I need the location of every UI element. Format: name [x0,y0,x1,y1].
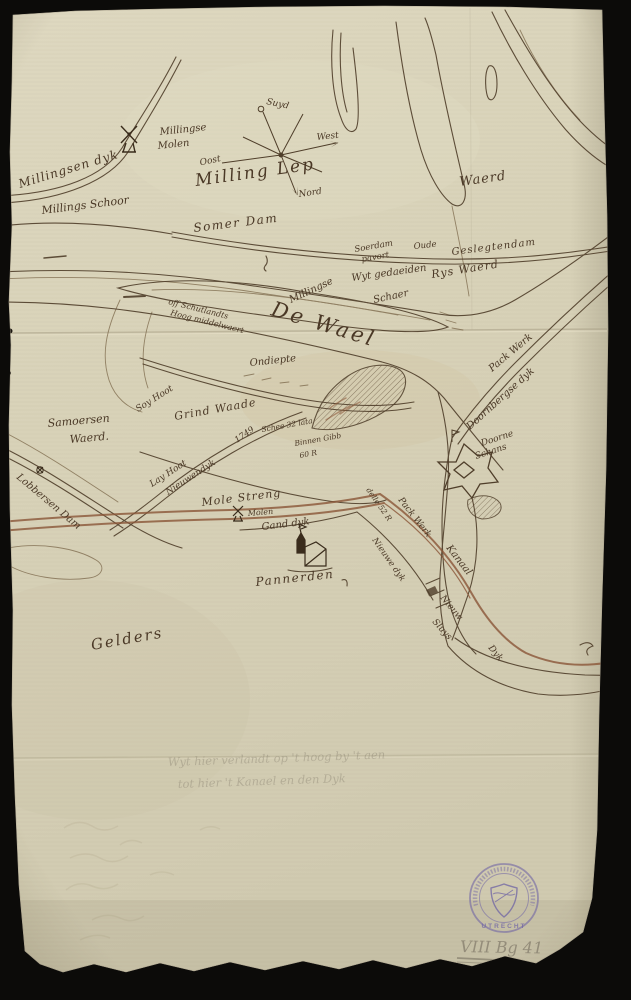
map-canvas: Millingse Molen Millingsen dyk Millings … [0,0,631,1000]
vignette-overlay [0,0,631,1000]
scanned-map-page: Millingse Molen Millingsen dyk Millings … [0,0,631,1000]
